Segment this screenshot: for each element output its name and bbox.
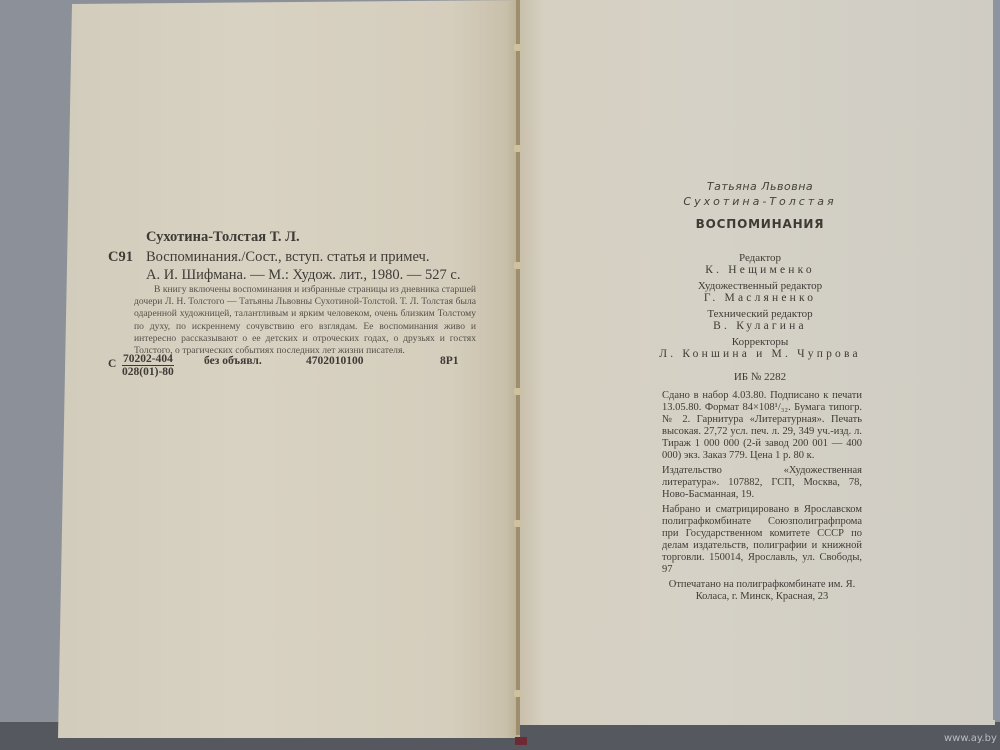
binding-stitch bbox=[514, 44, 521, 51]
index-letter: С bbox=[108, 358, 116, 370]
catalog-abstract: В книгу включены воспоминания и избранны… bbox=[134, 284, 476, 357]
credit-name: К. Нещименко bbox=[600, 264, 920, 276]
catalog-author: Сухотина-Толстая Т. Л. bbox=[146, 229, 300, 246]
fraction-numerator: 70202-404 bbox=[122, 353, 174, 366]
credit-role: Редактор bbox=[600, 252, 920, 264]
right-page bbox=[520, 0, 995, 725]
book-spine bbox=[516, 0, 520, 735]
credit-name: Г. Масляненко bbox=[600, 292, 920, 304]
catalog-code: С91 bbox=[108, 249, 133, 266]
watermark: www.ay.by bbox=[944, 733, 997, 744]
imprint-printed: Отпечатано на полиграфкомбинате им. Я. К… bbox=[662, 579, 862, 603]
author-first-name: Татьяна Львовна bbox=[600, 180, 920, 193]
binding-stitch bbox=[514, 690, 521, 697]
background-edge bbox=[993, 0, 1000, 720]
imprint-block: Сдано в набор 4.03.80. Подписано к печат… bbox=[662, 390, 862, 606]
catalog-line-1: Воспоминания./Сост., вступ. статья и при… bbox=[146, 249, 429, 266]
credit-name: В. Кулагина bbox=[600, 320, 920, 332]
credit-role: Корректоры bbox=[600, 336, 920, 348]
fraction-denominator: 028(01)-80 bbox=[122, 366, 174, 378]
author-last-name: Сухотина-Толстая bbox=[600, 195, 920, 208]
binding-stitch bbox=[514, 262, 521, 269]
credit-role: Технический редактор bbox=[600, 308, 920, 320]
credit-name: Л. Коншина и М. Чупрова bbox=[600, 348, 920, 360]
catalog-fraction: 70202-404 028(01)-80 bbox=[122, 353, 174, 378]
catalog-number: 4702010100 bbox=[306, 355, 364, 367]
catalog-bottom-line: С 70202-404 028(01)-80 без объявл. 47020… bbox=[108, 353, 478, 383]
binding-stitch bbox=[514, 520, 521, 527]
binding-stitch bbox=[514, 145, 521, 152]
ib-number: ИБ № 2282 bbox=[600, 371, 920, 383]
binding-stitch bbox=[514, 388, 521, 395]
imprint-print-details: Сдано в набор 4.03.80. Подписано к печат… bbox=[662, 390, 862, 462]
catalog-line-2: А. И. Шифмана. — М.: Худож. лит., 1980. … bbox=[146, 267, 460, 284]
imprint-typeset: Набрано и сматрицировано в Ярославском п… bbox=[662, 504, 862, 576]
imprint-publisher: Издательство «Художественная литература»… bbox=[662, 465, 862, 501]
catalog-bbk: 8Р1 bbox=[440, 355, 459, 367]
headband bbox=[515, 737, 527, 745]
book-title: ВОСПОМИНАНИЯ bbox=[600, 217, 920, 231]
credit-role: Художественный редактор bbox=[600, 280, 920, 292]
catalog-note: без объявл. bbox=[204, 355, 262, 367]
